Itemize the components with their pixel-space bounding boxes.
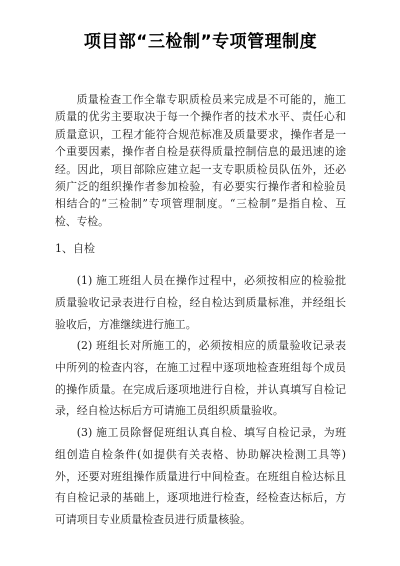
section-item-2: (2) 班组长对所施工的，必须按相应的质量验收记录表中所列的检查内容，在施工过程… [55, 335, 346, 422]
section-heading-self-check: 1、自检 [55, 240, 346, 257]
page-title: 项目部“三检制”专项管理制度 [45, 0, 356, 54]
section-item-list: (1) 施工班组人员在操作过程中，必须按相应的检验批质量验收记录表进行自检，经自… [55, 270, 346, 530]
section-item-1: (1) 施工班组人员在操作过程中，必须按相应的检验批质量验收记录表进行自检，经自… [55, 270, 346, 335]
document-page: 项目部“三检制”专项管理制度 质量检查工作全靠专职质检员来完成是不可能的，施工质… [0, 0, 400, 566]
intro-paragraph: 质量检查工作全靠专职质检员来完成是不可能的，施工质量的优劣主要取决于每一个操作者… [55, 91, 346, 230]
document-body: 项目部“三检制”专项管理制度 质量检查工作全靠专职质检员来完成是不可能的，施工质… [55, 0, 346, 531]
section-item-3: (3) 施工员除督促班组认真自检、填写自检记录，为班组创造自检条件(如提供有关表… [55, 422, 346, 531]
